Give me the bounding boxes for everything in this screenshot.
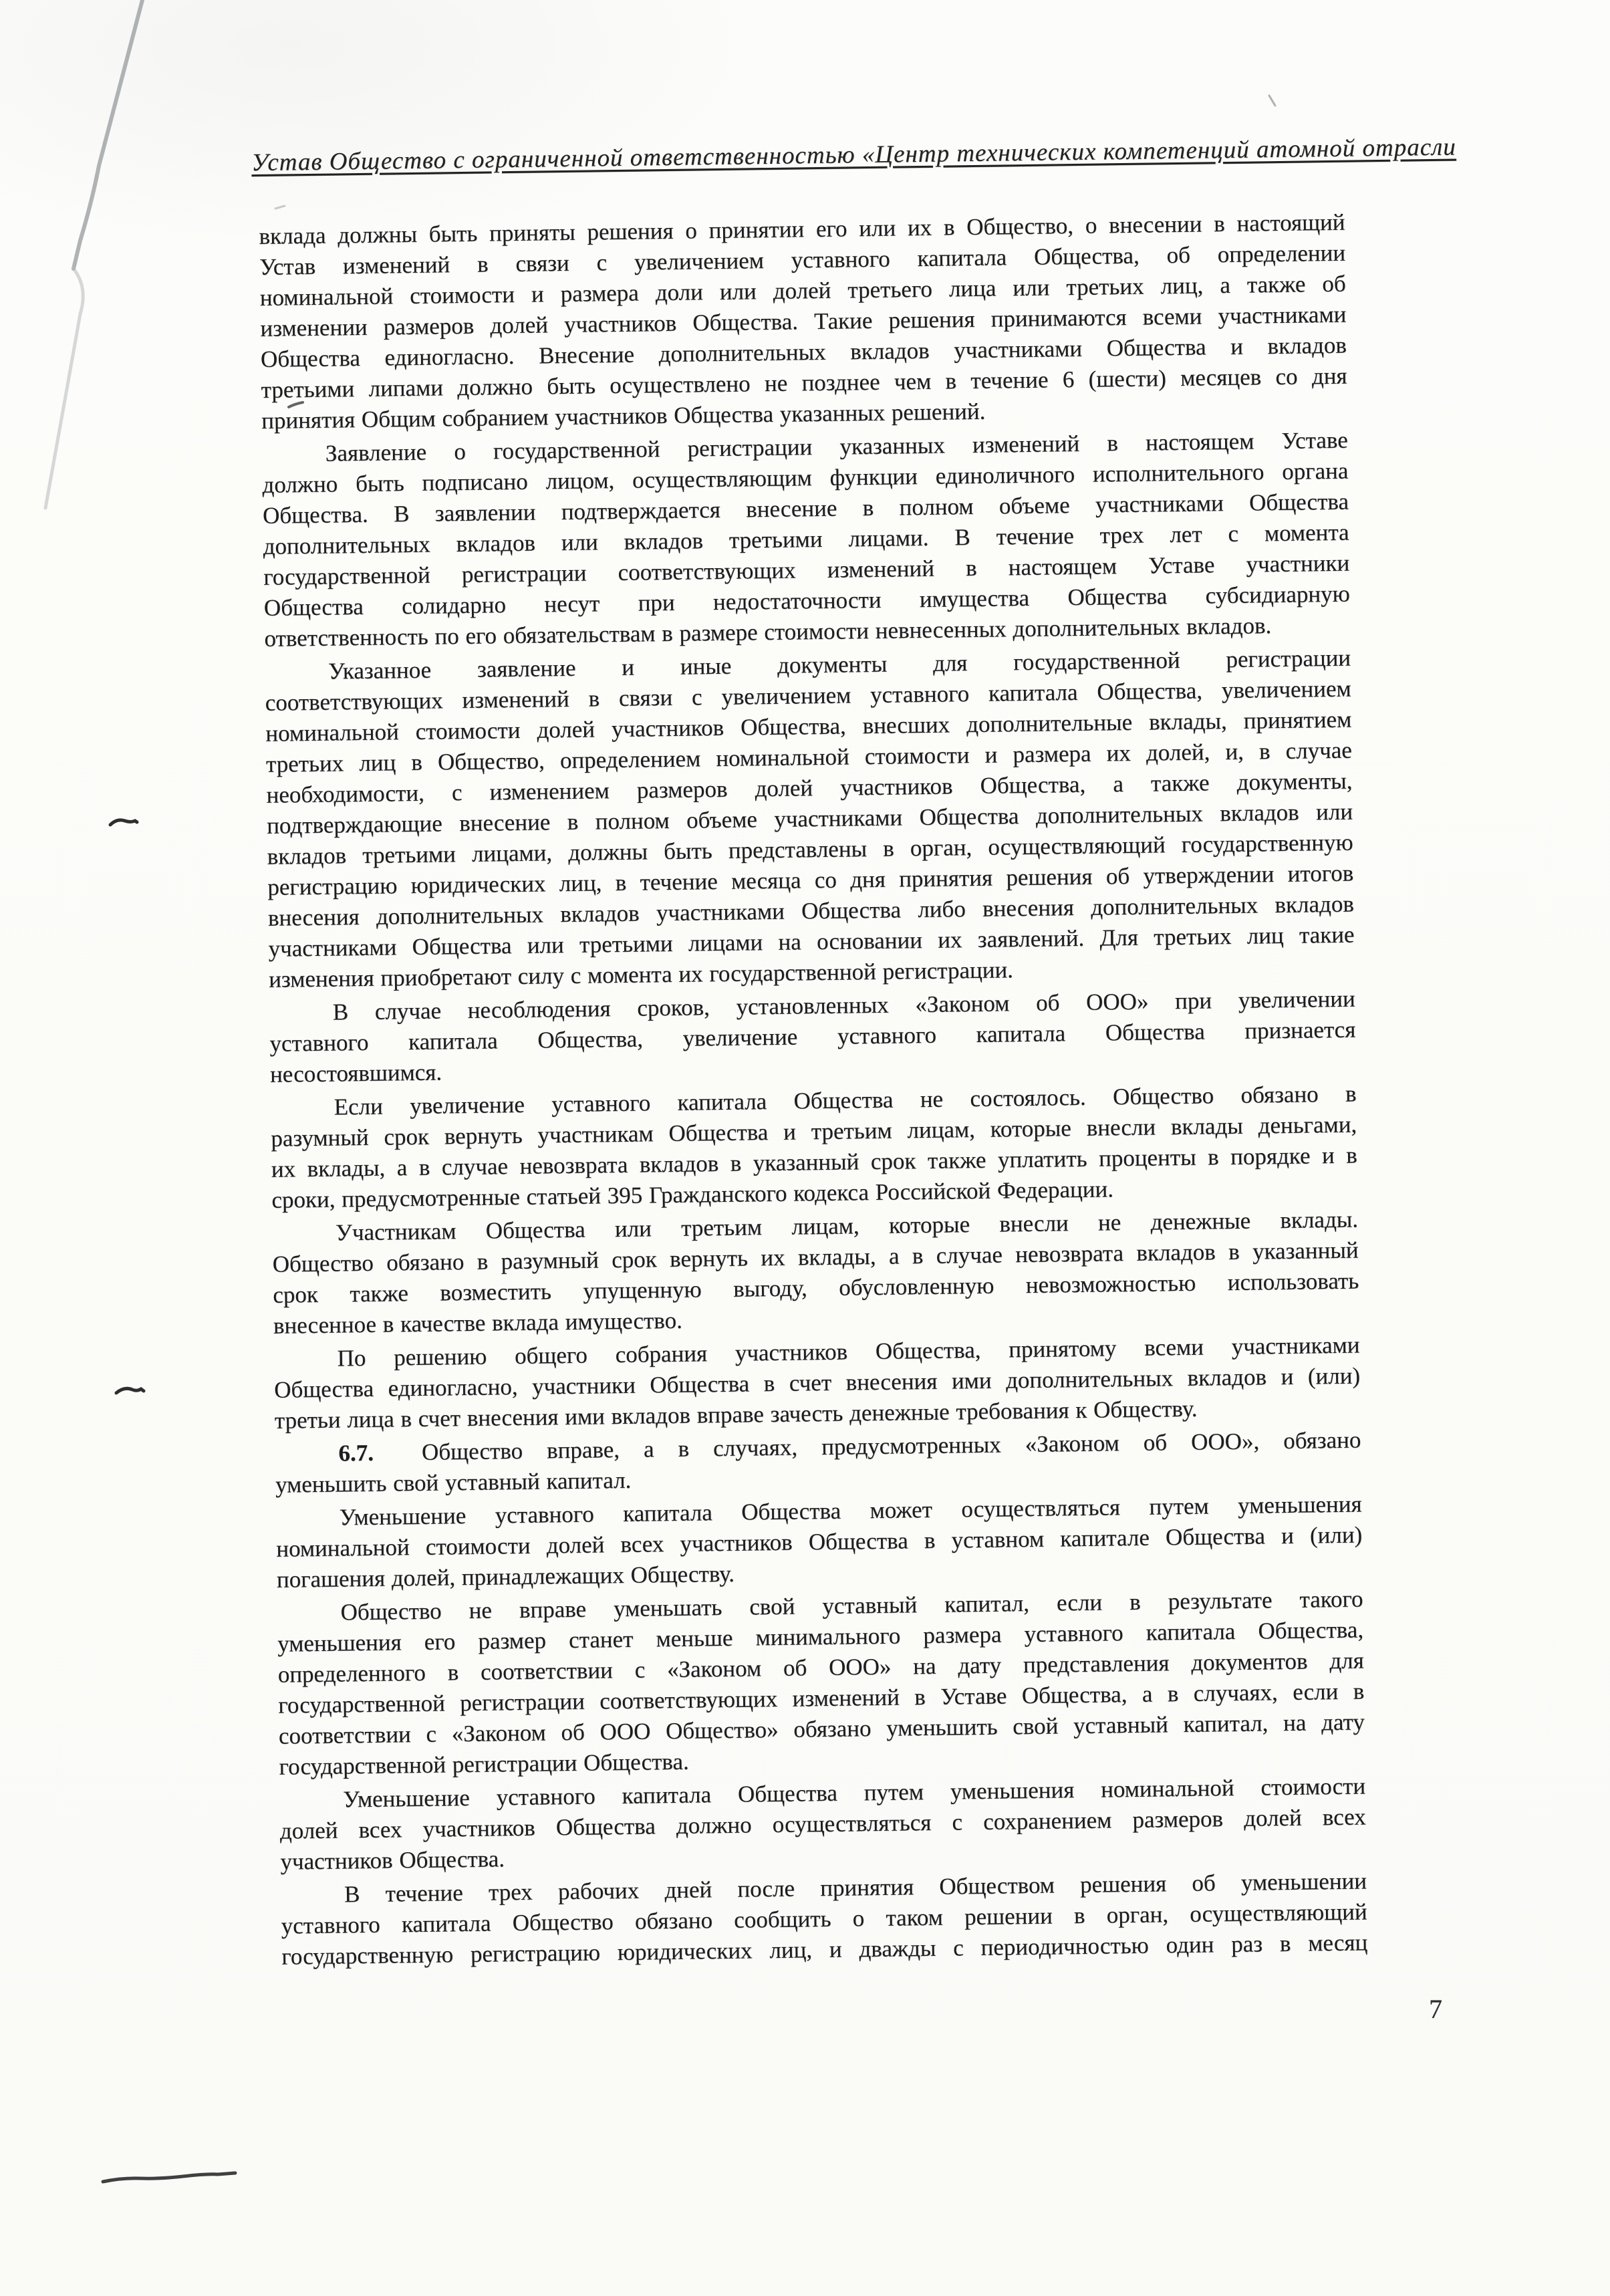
paragraph: В течение трех рабочих дней после принят… <box>281 1866 1368 1972</box>
page-number: 7 <box>1429 1993 1442 2025</box>
stray-pen-line <box>103 2173 235 2182</box>
paragraph: Указанное заявление и иные документы для… <box>265 643 1355 995</box>
paragraph: Общество не вправе уменьшать свой уставн… <box>277 1584 1365 1783</box>
clause-number: 6.7. <box>338 1440 374 1466</box>
paragraph: 6.7. Общество вправе, а в случаях, преду… <box>275 1425 1361 1501</box>
document-content: Устав Общество с ограниченной ответствен… <box>256 0 1368 1975</box>
paper-background: Устав Общество с ограниченной ответствен… <box>0 0 1610 2296</box>
page-edge-line <box>74 0 142 269</box>
paragraph: Заявление о государственной регистрации … <box>262 425 1351 654</box>
margin-dash-mark <box>110 820 137 825</box>
page-title: Устав Общество с ограниченной ответствен… <box>251 133 1414 177</box>
paragraph: Если увеличение уставного капитала Общес… <box>270 1079 1357 1216</box>
scanned-charter-page: { "document": { "header_title": "Устав О… <box>0 0 1610 2296</box>
page-edge-line-lower <box>45 269 83 508</box>
margin-dash-mark <box>116 1388 144 1393</box>
paragraph: По решению общего собрания участников Об… <box>273 1330 1361 1436</box>
paragraphs-container: вклада должны быть приняты решения о при… <box>259 207 1367 1972</box>
paragraph: Уменьшение уставного капитала Общества м… <box>275 1489 1363 1596</box>
paragraph: Участникам Общества или третьим лицам, к… <box>272 1204 1359 1342</box>
paragraph: вклада должны быть приняты решения о при… <box>259 207 1347 436</box>
paragraph: Уменьшение уставного капитала Общества п… <box>279 1771 1367 1878</box>
paragraph: В случае несоблюдения сроков, установлен… <box>269 984 1357 1090</box>
